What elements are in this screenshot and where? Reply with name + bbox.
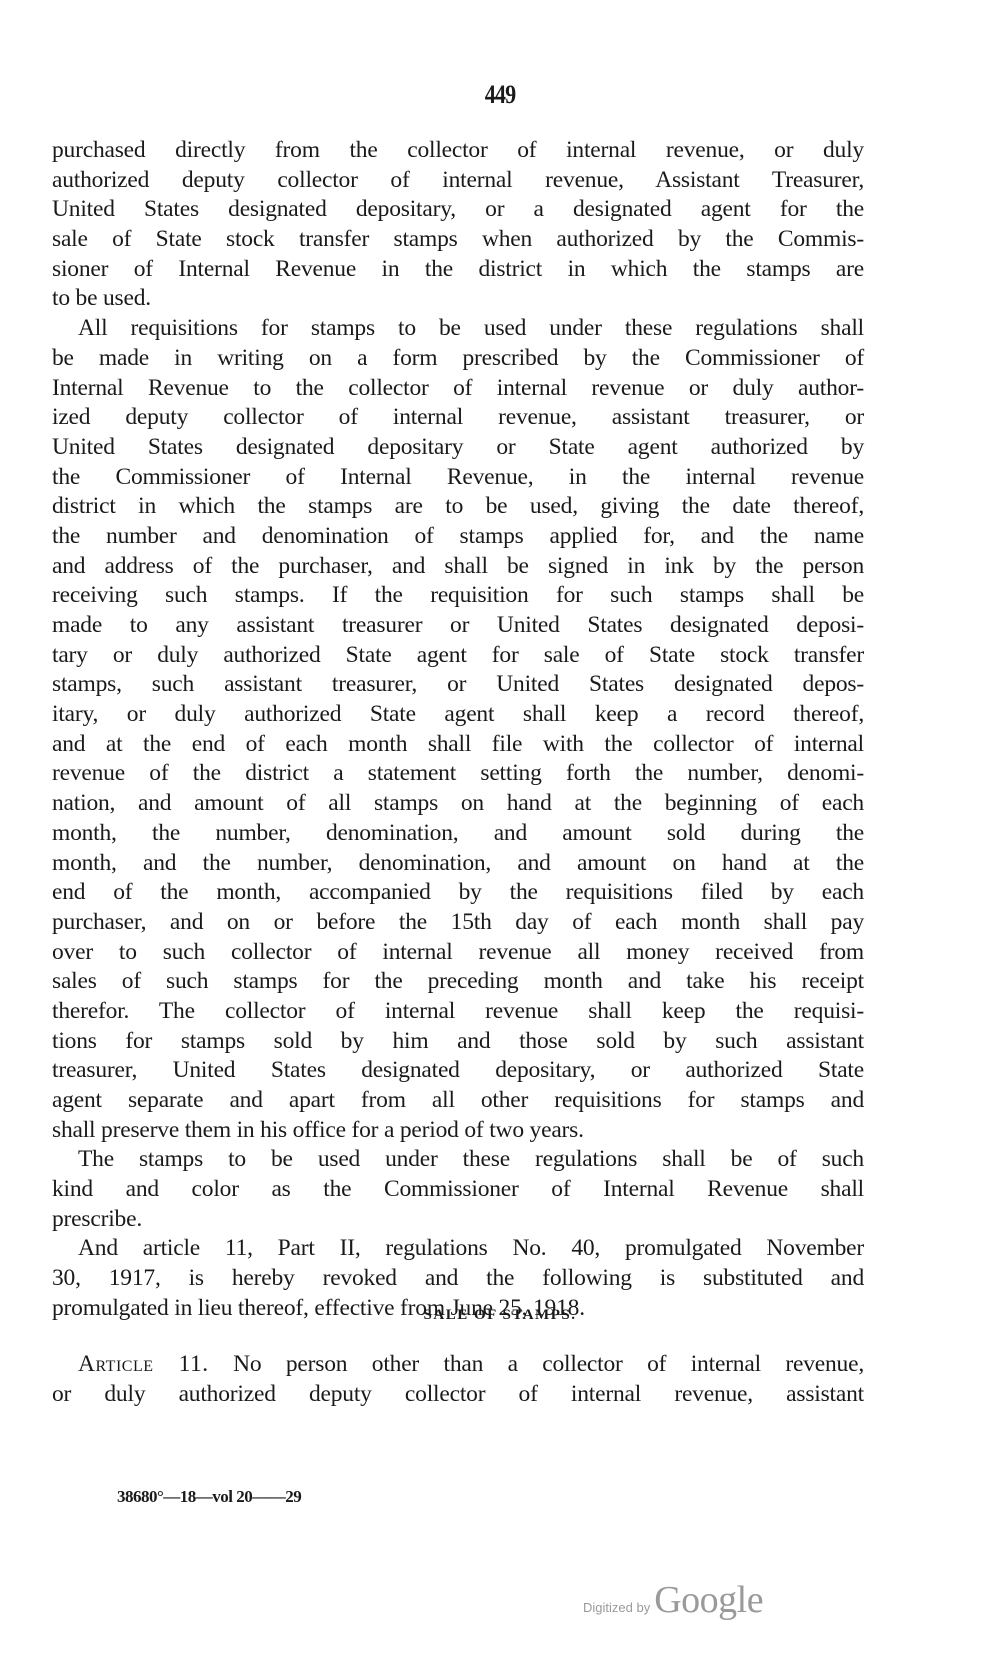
text-line: district in which the stamps are to be u… [52, 492, 864, 522]
text-line-content: 30, 1917, is hereby revoked and the foll… [52, 1264, 864, 1294]
text-line: sales of such stamps for the preceding m… [52, 967, 864, 997]
article-text: No person other than a collector of inte… [233, 1351, 864, 1377]
text-line-content: tions for stamps sold by him and those s… [52, 1027, 864, 1057]
text-line-content: receiving such stamps. If the requisitio… [52, 581, 864, 611]
text-line: receiving such stamps. If the requisitio… [52, 581, 864, 611]
text-line-content: revenue of the district a statement sett… [52, 759, 864, 789]
text-line-content: agent separate and apart from all other … [52, 1086, 864, 1116]
text-line-content: purchased directly from the collector of… [52, 136, 864, 166]
text-line-content: month, the number, denomination, and amo… [52, 819, 864, 849]
text-line-content: The stamps to be used under these regula… [78, 1145, 864, 1175]
text-line-content: month, and the number, denomination, and… [52, 849, 864, 879]
text-line-content: therefor. The collector of internal reve… [52, 997, 864, 1027]
text-line: purchaser, and on or before the 15th day… [52, 908, 864, 938]
article-line-text: Article 11. No person other than a colle… [78, 1350, 864, 1380]
text-line: purchased directly from the collector of… [52, 136, 864, 166]
text-line: sioner of Internal Revenue in the distri… [52, 255, 864, 285]
text-line-content: end of the month, accompanied by the req… [52, 878, 864, 908]
text-line-content: And article 11, Part II, regulations No.… [78, 1234, 864, 1264]
text-line-content: United States designated depositary, or … [52, 195, 864, 225]
text-line-content: made to any assistant treasurer or Unite… [52, 611, 864, 641]
text-line-content: nation, and amount of all stamps on hand… [52, 789, 864, 819]
text-line-content: to be used. [52, 284, 864, 314]
digitized-prefix: Digitized by [583, 1600, 650, 1615]
section-heading: SALE OF STAMPS. [0, 1307, 1000, 1324]
text-line-content: shall preserve them in his office for a … [52, 1116, 864, 1146]
digitized-by-google-watermark: Digitized by Google [583, 1578, 763, 1622]
text-line: month, the number, denomination, and amo… [52, 819, 864, 849]
text-line-content: All requisitions for stamps to be used u… [78, 314, 864, 344]
text-line-content: itary, or duly authorized State agent sh… [52, 700, 864, 730]
article-line: Article 11. No person other than a colle… [52, 1350, 864, 1380]
text-line: month, and the number, denomination, and… [52, 849, 864, 879]
text-line: be made in writing on a form prescribed … [52, 344, 864, 374]
text-line-content: kind and color as the Commissioner of In… [52, 1175, 864, 1205]
text-line-content: sale of State stock transfer stamps when… [52, 225, 864, 255]
text-line: And article 11, Part II, regulations No.… [52, 1234, 864, 1264]
text-line-content: United States designated depositary or S… [52, 433, 864, 463]
text-line-content: Internal Revenue to the collector of int… [52, 374, 864, 404]
text-line-content: sioner of Internal Revenue in the distri… [52, 255, 864, 285]
text-line-content: tary or duly authorized State agent for … [52, 641, 864, 671]
text-line: agent separate and apart from all other … [52, 1086, 864, 1116]
text-line-content: prescribe. [52, 1205, 864, 1235]
text-line: United States designated depositary, or … [52, 195, 864, 225]
body-text: purchased directly from the collector of… [52, 136, 864, 1324]
text-line: ized deputy collector of internal revenu… [52, 403, 864, 433]
text-line: authorized deputy collector of internal … [52, 166, 864, 196]
text-line: tary or duly authorized State agent for … [52, 641, 864, 671]
text-line: 30, 1917, is hereby revoked and the foll… [52, 1264, 864, 1294]
text-line: tions for stamps sold by him and those s… [52, 1027, 864, 1057]
text-line: revenue of the district a statement sett… [52, 759, 864, 789]
text-line: made to any assistant treasurer or Unite… [52, 611, 864, 641]
text-line-content: and address of the purchaser, and shall … [52, 552, 864, 582]
text-line-content: authorized deputy collector of internal … [52, 166, 864, 196]
text-line: stamps, such assistant treasurer, or Uni… [52, 670, 864, 700]
signature-mark: 38680°—18—vol 20——29 [117, 1487, 301, 1507]
text-line: All requisitions for stamps to be used u… [52, 314, 864, 344]
article-line: or duly authorized deputy collector of i… [52, 1380, 864, 1410]
text-line: prescribe. [52, 1205, 864, 1235]
article-11: Article 11. No person other than a colle… [52, 1350, 864, 1409]
text-line: shall preserve them in his office for a … [52, 1116, 864, 1146]
text-line-content: the Commissioner of Internal Revenue, in… [52, 463, 864, 493]
text-line: treasurer, United States designated depo… [52, 1056, 864, 1086]
text-line: Internal Revenue to the collector of int… [52, 374, 864, 404]
text-line: and at the end of each month shall file … [52, 730, 864, 760]
text-line: itary, or duly authorized State agent sh… [52, 700, 864, 730]
text-line-content: the number and denomination of stamps ap… [52, 522, 864, 552]
text-line-content: treasurer, United States designated depo… [52, 1056, 864, 1086]
text-line-content: be made in writing on a form prescribed … [52, 344, 864, 374]
text-line-content: over to such collector of internal reven… [52, 938, 864, 968]
text-line: therefor. The collector of internal reve… [52, 997, 864, 1027]
text-line: over to such collector of internal reven… [52, 938, 864, 968]
text-line: kind and color as the Commissioner of In… [52, 1175, 864, 1205]
text-line-content: and at the end of each month shall file … [52, 730, 864, 760]
text-line-content: district in which the stamps are to be u… [52, 492, 864, 522]
article-line-text: or duly authorized deputy collector of i… [52, 1380, 864, 1410]
text-line: to be used. [52, 284, 864, 314]
text-line-content: ized deputy collector of internal revenu… [52, 403, 864, 433]
text-line: sale of State stock transfer stamps when… [52, 225, 864, 255]
text-line: and address of the purchaser, and shall … [52, 552, 864, 582]
text-line: the Commissioner of Internal Revenue, in… [52, 463, 864, 493]
text-line: United States designated depositary or S… [52, 433, 864, 463]
text-line: nation, and amount of all stamps on hand… [52, 789, 864, 819]
text-line: the number and denomination of stamps ap… [52, 522, 864, 552]
page-number: 449 [75, 80, 925, 110]
article-label: Article 11. [78, 1351, 209, 1377]
text-line-content: sales of such stamps for the preceding m… [52, 967, 864, 997]
text-line-content: purchaser, and on or before the 15th day… [52, 908, 864, 938]
google-logo-text: Google [654, 1578, 763, 1622]
text-line: end of the month, accompanied by the req… [52, 878, 864, 908]
text-line-content: stamps, such assistant treasurer, or Uni… [52, 670, 864, 700]
text-line: The stamps to be used under these regula… [52, 1145, 864, 1175]
